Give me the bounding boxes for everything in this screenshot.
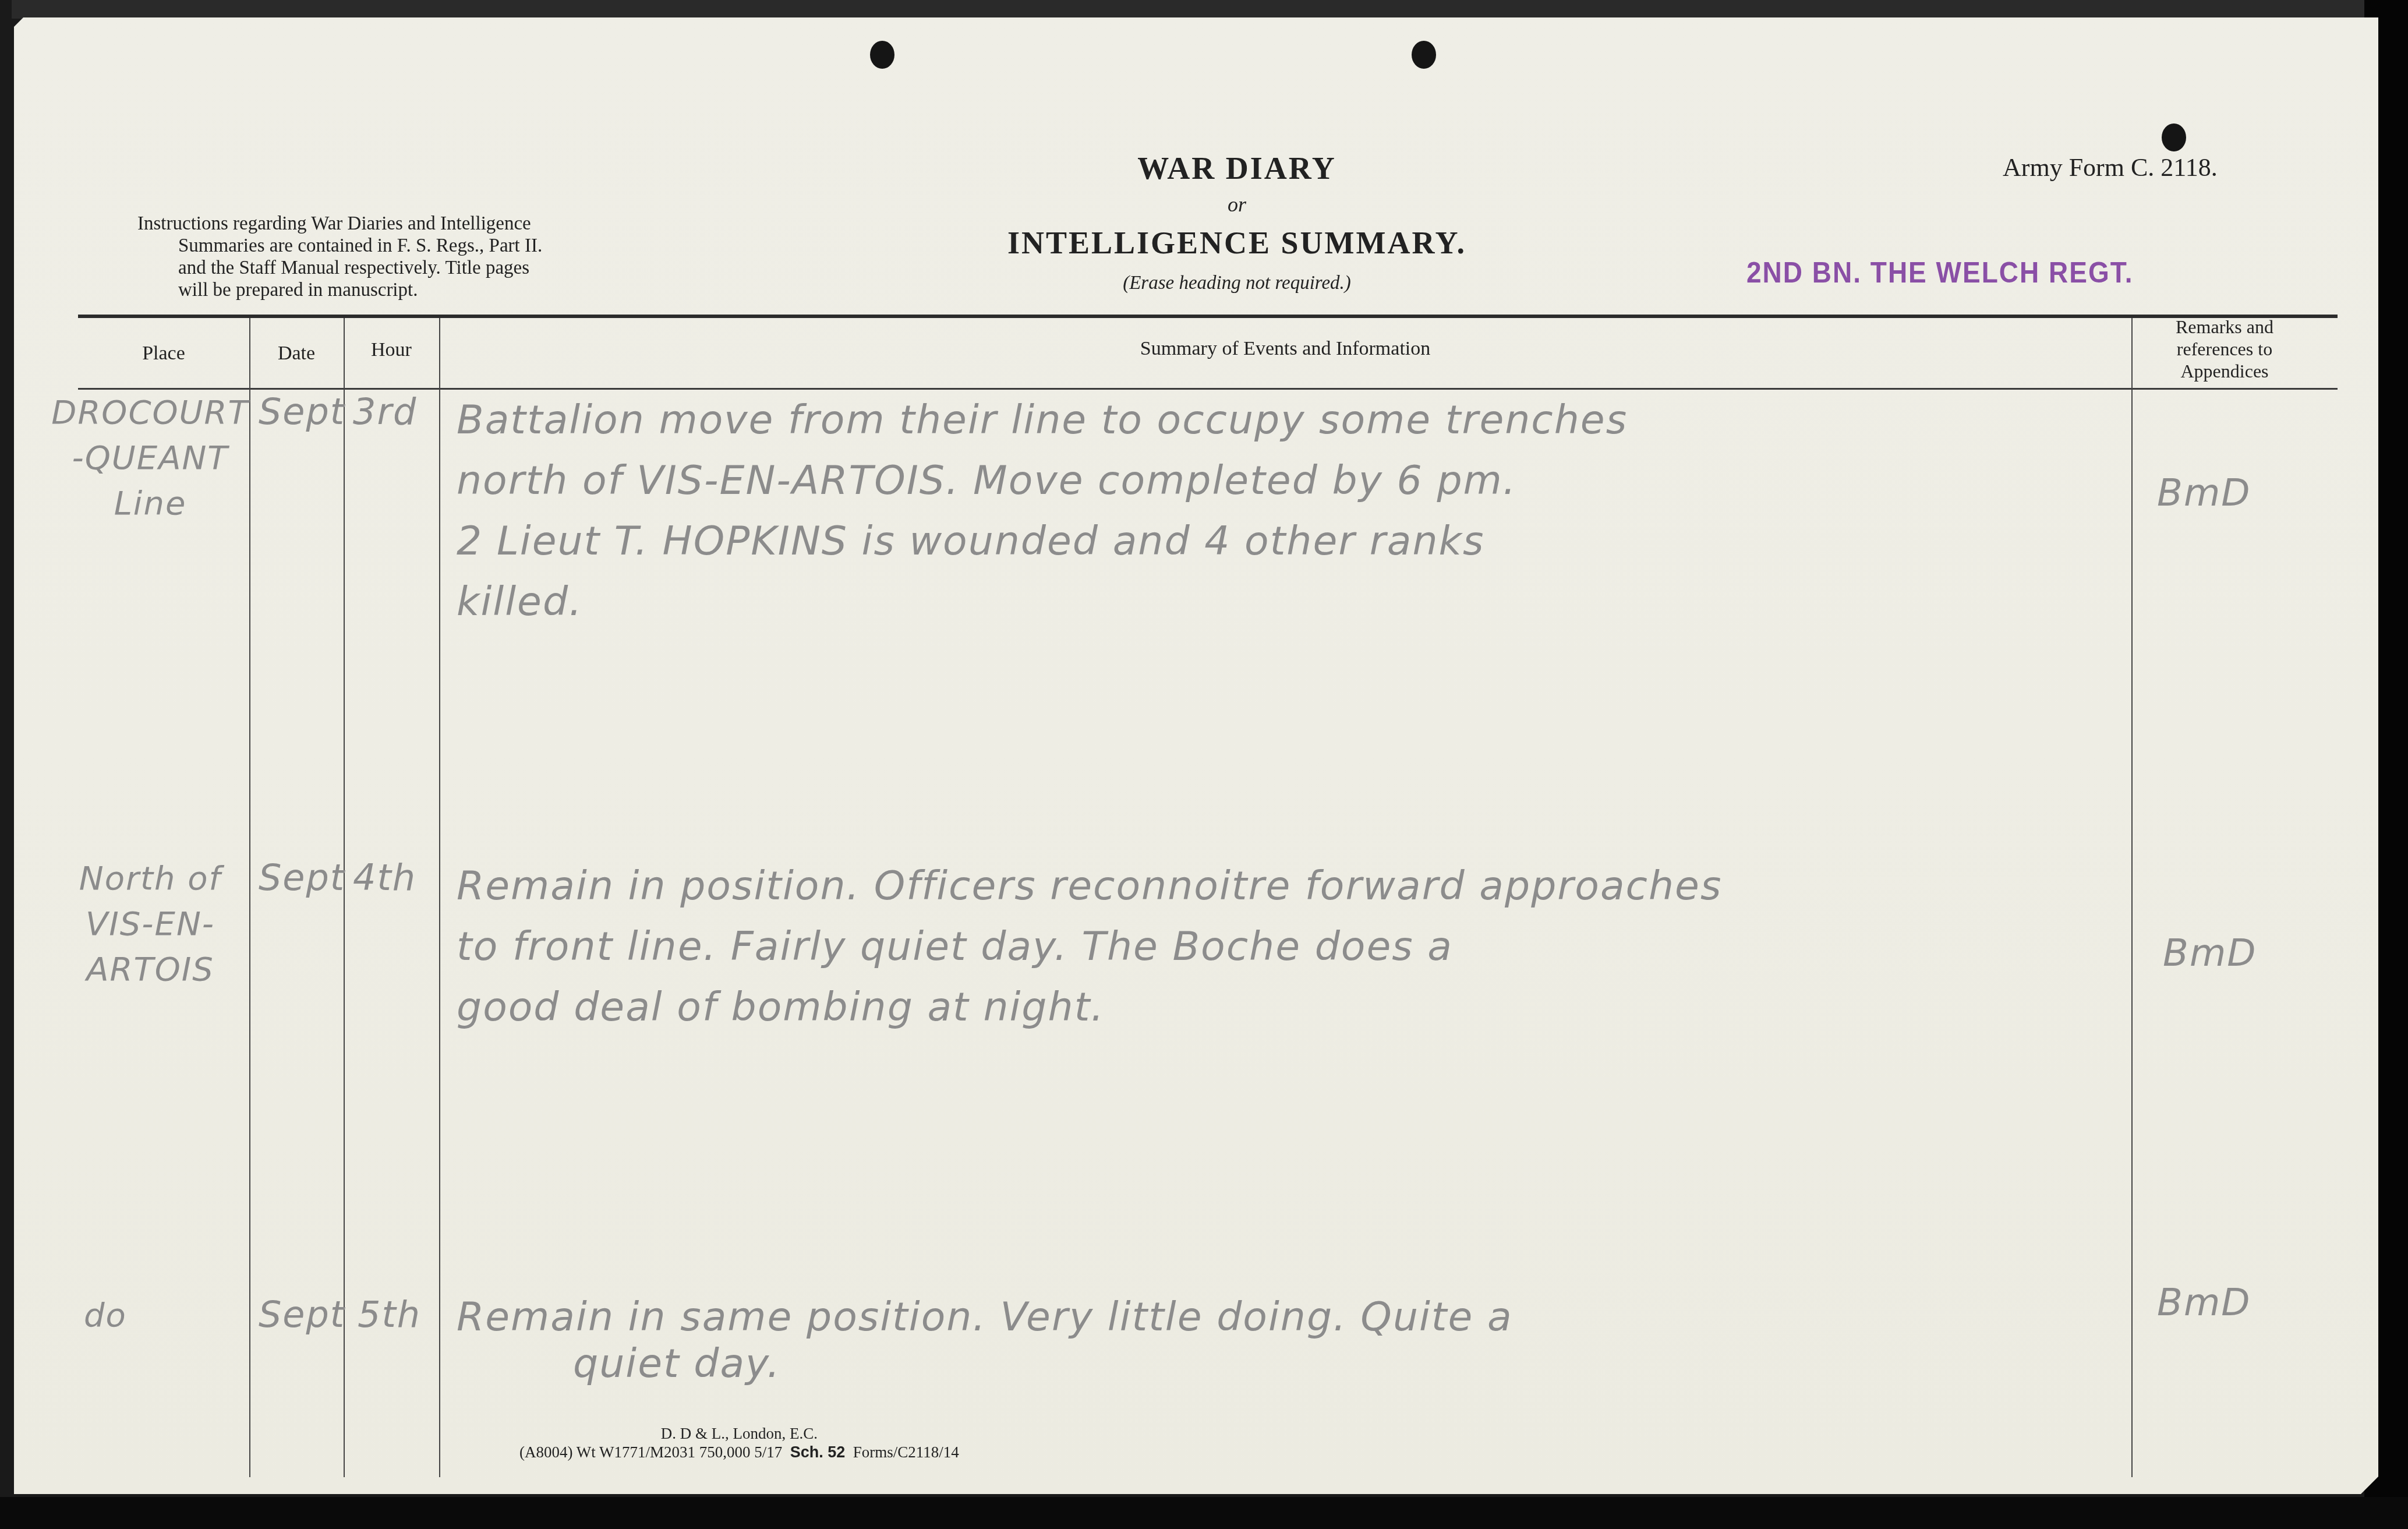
punch-hole-icon: [2162, 123, 2186, 151]
punch-hole-icon: [1412, 41, 1436, 69]
place-line: DROCOURT: [45, 390, 255, 436]
entry-remarks-initials: BmD: [2157, 472, 2251, 515]
header-rule-top: [78, 315, 2338, 318]
punch-hole-icon: [870, 41, 894, 69]
imprint-code: (A8004) Wt W1771/M2031 750,000 5/17: [519, 1443, 782, 1461]
column-header-summary: Summary of Events and Information: [439, 338, 2131, 360]
imprint-line: D. D & L., London, E.C.: [519, 1424, 959, 1443]
entry-date: Sept: [259, 856, 345, 899]
instructions-line: and the Staff Manual respectively. Title…: [137, 257, 667, 279]
entry-day: 4th: [353, 856, 416, 899]
place-line: do: [84, 1293, 127, 1339]
erase-heading-note: (Erase heading not required.): [887, 273, 1586, 294]
imprint-form-ref: Forms/C2118/14: [853, 1443, 959, 1461]
entry-date: Sept: [259, 390, 345, 433]
place-line: -QUEANT: [45, 436, 255, 481]
entry-place: do: [84, 1293, 127, 1339]
mount-edge-bottom: [0, 1497, 2408, 1529]
entry-summary: Battalion move from their line to occupy…: [457, 390, 1628, 633]
war-diary-page: Instructions regarding War Diaries and I…: [14, 17, 2378, 1494]
summary-line: good deal of bombing at night.: [457, 977, 1722, 1038]
form-title: WAR DIARY: [887, 150, 1586, 186]
remarks-header-line: Appendices: [2131, 360, 2318, 382]
column-header-remarks: Remarks and references to Appendices: [2131, 316, 2318, 382]
entry-day: 5th: [358, 1293, 421, 1336]
column-header-date: Date: [249, 342, 344, 365]
form-title-block: WAR DIARY or INTELLIGENCE SUMMARY. (Eras…: [887, 150, 1586, 294]
form-subtitle: INTELLIGENCE SUMMARY.: [887, 225, 1586, 261]
mount-edge-top: [12, 0, 2376, 19]
place-line: VIS-EN-: [45, 902, 255, 947]
instructions-line: will be prepared in manuscript.: [137, 279, 667, 301]
entry-place: North of VIS-EN- ARTOIS: [45, 856, 255, 993]
army-form-number: Army Form C. 2118.: [2003, 153, 2218, 182]
place-line: North of: [45, 856, 255, 902]
remarks-header-line: Remarks and: [2131, 316, 2318, 338]
column-divider: [439, 318, 440, 1477]
summary-line: to front line. Fairly quiet day. The Boc…: [457, 917, 1722, 977]
summary-line: killed.: [457, 572, 1628, 633]
entry-date: Sept: [259, 1293, 345, 1336]
instructions-note: Instructions regarding War Diaries and I…: [137, 213, 667, 301]
entry-remarks-initials: BmD: [2157, 1281, 2251, 1325]
header-rule-bottom: [78, 388, 2338, 390]
entry-summary: Remain in same position. Very little doi…: [457, 1287, 1513, 1394]
summary-line: Remain in position. Officers reconnoitre…: [457, 856, 1722, 917]
imprint-schedule: Sch. 52: [790, 1443, 846, 1461]
remarks-header-line: references to: [2131, 338, 2318, 360]
entry-remarks-initials: BmD: [2163, 932, 2257, 975]
column-header-place: Place: [78, 342, 249, 365]
instructions-line: Instructions regarding War Diaries and I…: [137, 213, 667, 235]
entry-summary: Remain in position. Officers reconnoitre…: [457, 856, 1722, 1038]
imprint-line: (A8004) Wt W1771/M2031 750,000 5/17 Sch.…: [519, 1443, 959, 1461]
form-title-or: or: [887, 192, 1586, 217]
entry-place: DROCOURT -QUEANT Line: [45, 390, 255, 527]
summary-line: Battalion move from their line to occupy…: [457, 390, 1628, 451]
column-header-hour: Hour: [344, 339, 439, 361]
place-line: ARTOIS: [45, 947, 255, 993]
summary-line: north of VIS-EN-ARTOIS. Move completed b…: [457, 451, 1628, 511]
unit-stamp: 2ND BN. THE WELCH REGT.: [1746, 255, 2133, 289]
instructions-line: Summaries are contained in F. S. Regs., …: [137, 235, 667, 257]
place-line: Line: [45, 481, 255, 527]
printer-imprint: D. D & L., London, E.C. (A8004) Wt W1771…: [519, 1424, 959, 1461]
column-divider: [2131, 318, 2133, 1477]
summary-line: 2 Lieut T. HOPKINS is wounded and 4 othe…: [457, 511, 1628, 572]
entry-day: 3rd: [353, 390, 417, 433]
